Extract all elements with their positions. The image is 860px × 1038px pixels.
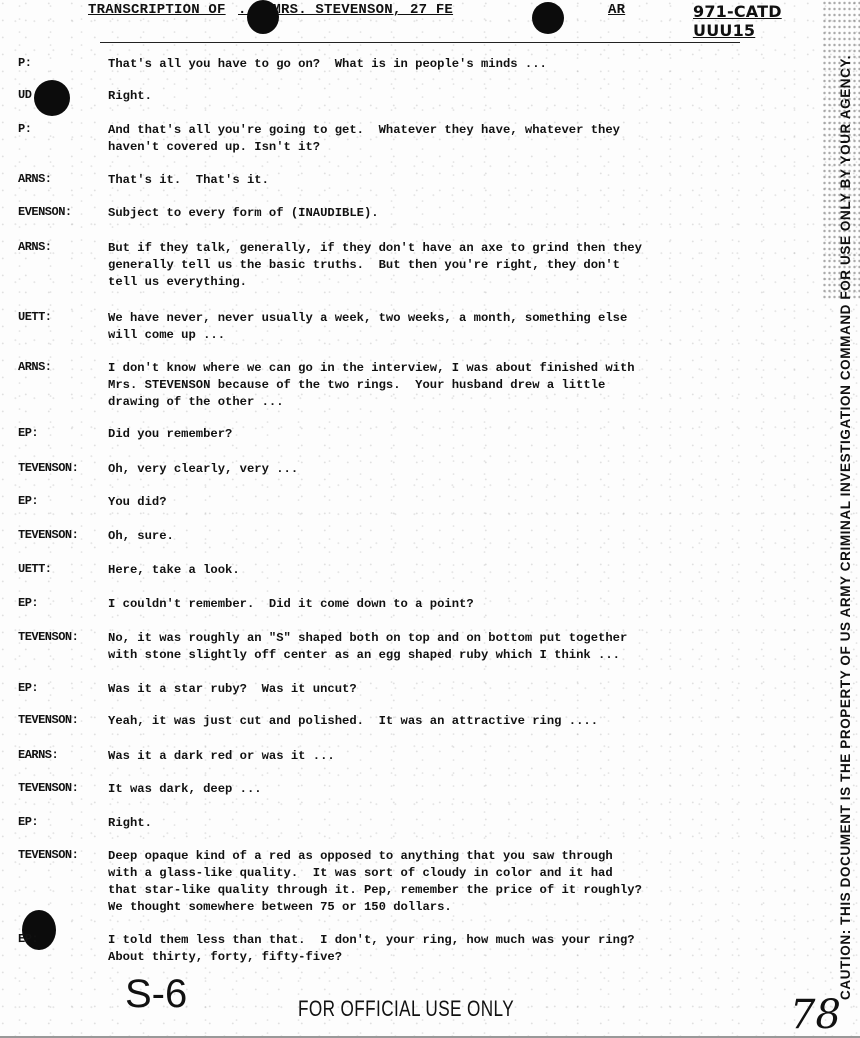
speech-line: And that's all you're going to get. What…	[108, 122, 768, 139]
speech-line: That's all you have to go on? What is in…	[108, 56, 768, 73]
header-title-left: TRANSCRIPTION OF	[88, 2, 226, 18]
official-use-stamp: FOR OFFICIAL USE ONLY	[298, 996, 514, 1022]
speaker-label: EP:	[18, 494, 108, 508]
speech-line: tell us everything.	[108, 274, 768, 291]
redaction-mark	[247, 0, 279, 34]
speech-line: I couldn't remember. Did it come down to…	[108, 596, 768, 613]
caution-side-caption: CAUTION: THIS DOCUMENT IS THE PROPERTY O…	[838, 55, 853, 1000]
speech-line: Yeah, it was just cut and polished. It w…	[108, 713, 768, 730]
speech-line: Was it a star ruby? Was it uncut?	[108, 681, 768, 698]
speaker-label: TEVENSON:	[18, 528, 108, 542]
speaker-label: TEVENSON:	[18, 461, 108, 475]
speech-line: We thought somewhere between 75 or 150 d…	[108, 899, 768, 916]
speech-line: that star-like quality through it. Pep, …	[108, 882, 768, 899]
speech-line: will come up ...	[108, 327, 768, 344]
header-rule	[100, 42, 740, 43]
speech-line: Was it a dark red or was it ...	[108, 748, 768, 765]
speaker-label: EP:	[18, 596, 108, 610]
speaker-label: EP:	[18, 815, 108, 829]
redaction-mark	[532, 2, 564, 34]
speaker-label: EVENSON:	[18, 205, 108, 219]
speaker-label: EP:	[18, 681, 108, 695]
speech-line: Right.	[108, 815, 768, 832]
speaker-label: TEVENSON:	[18, 713, 108, 727]
speech-line: Did you remember?	[108, 426, 768, 443]
speech-line: Here, take a look.	[108, 562, 768, 579]
speech-line: Oh, very clearly, very ...	[108, 461, 768, 478]
handwritten-page-number: 78	[790, 992, 841, 1038]
speaker-label: EP:	[18, 932, 108, 946]
document-page: TRANSCRIPTION OF . & MRS. STEVENSON, 27 …	[0, 0, 860, 1038]
speaker-label: P:	[18, 122, 108, 136]
speech-line: We have never, never usually a week, two…	[108, 310, 768, 327]
speaker-label: EARNS:	[18, 748, 108, 762]
speech-line: But if they talk, generally, if they don…	[108, 240, 768, 257]
speech-line: It was dark, deep ...	[108, 781, 768, 798]
speech-line: Subject to every form of (INAUDIBLE).	[108, 205, 768, 222]
speech-line: Deep opaque kind of a red as opposed to …	[108, 848, 768, 865]
speaker-label: EP:	[18, 426, 108, 440]
speaker-label: TEVENSON:	[18, 781, 108, 795]
speaker-label: ARNS:	[18, 172, 108, 186]
speaker-label: ARNS:	[18, 240, 108, 254]
speech-line: haven't covered up. Isn't it?	[108, 139, 768, 156]
speech-line: About thirty, forty, fifty-five?	[108, 949, 768, 966]
speaker-label: UETT:	[18, 562, 108, 576]
speaker-label: UD	[18, 88, 108, 102]
speech-line: Mrs. STEVENSON because of the two rings.…	[108, 377, 768, 394]
speaker-label: P:	[18, 56, 108, 70]
speech-line: I told them less than that. I don't, you…	[108, 932, 768, 949]
speech-line: Oh, sure.	[108, 528, 768, 545]
speech-line: with a glass-like quality. It was sort o…	[108, 865, 768, 882]
speaker-label: ARNS:	[18, 360, 108, 374]
speech-line: I don't know where we can go in the inte…	[108, 360, 768, 377]
speech-line: drawing of the other ...	[108, 394, 768, 411]
speech-line: with stone slightly off center as an egg…	[108, 647, 768, 664]
header-document-code: 971-CATD UUU15	[693, 2, 788, 40]
speech-line: Right.	[108, 88, 768, 105]
handwritten-exhibit-mark: S-6	[125, 972, 187, 1017]
speech-line: That's it. That's it.	[108, 172, 768, 189]
speaker-label: UETT:	[18, 310, 108, 324]
speaker-label: TEVENSON:	[18, 630, 108, 644]
speech-line: generally tell us the basic truths. But …	[108, 257, 768, 274]
header-title-right: AR	[608, 2, 625, 18]
speaker-label: TEVENSON:	[18, 848, 108, 862]
speech-line: You did?	[108, 494, 768, 511]
speech-line: No, it was roughly an "S" shaped both on…	[108, 630, 768, 647]
